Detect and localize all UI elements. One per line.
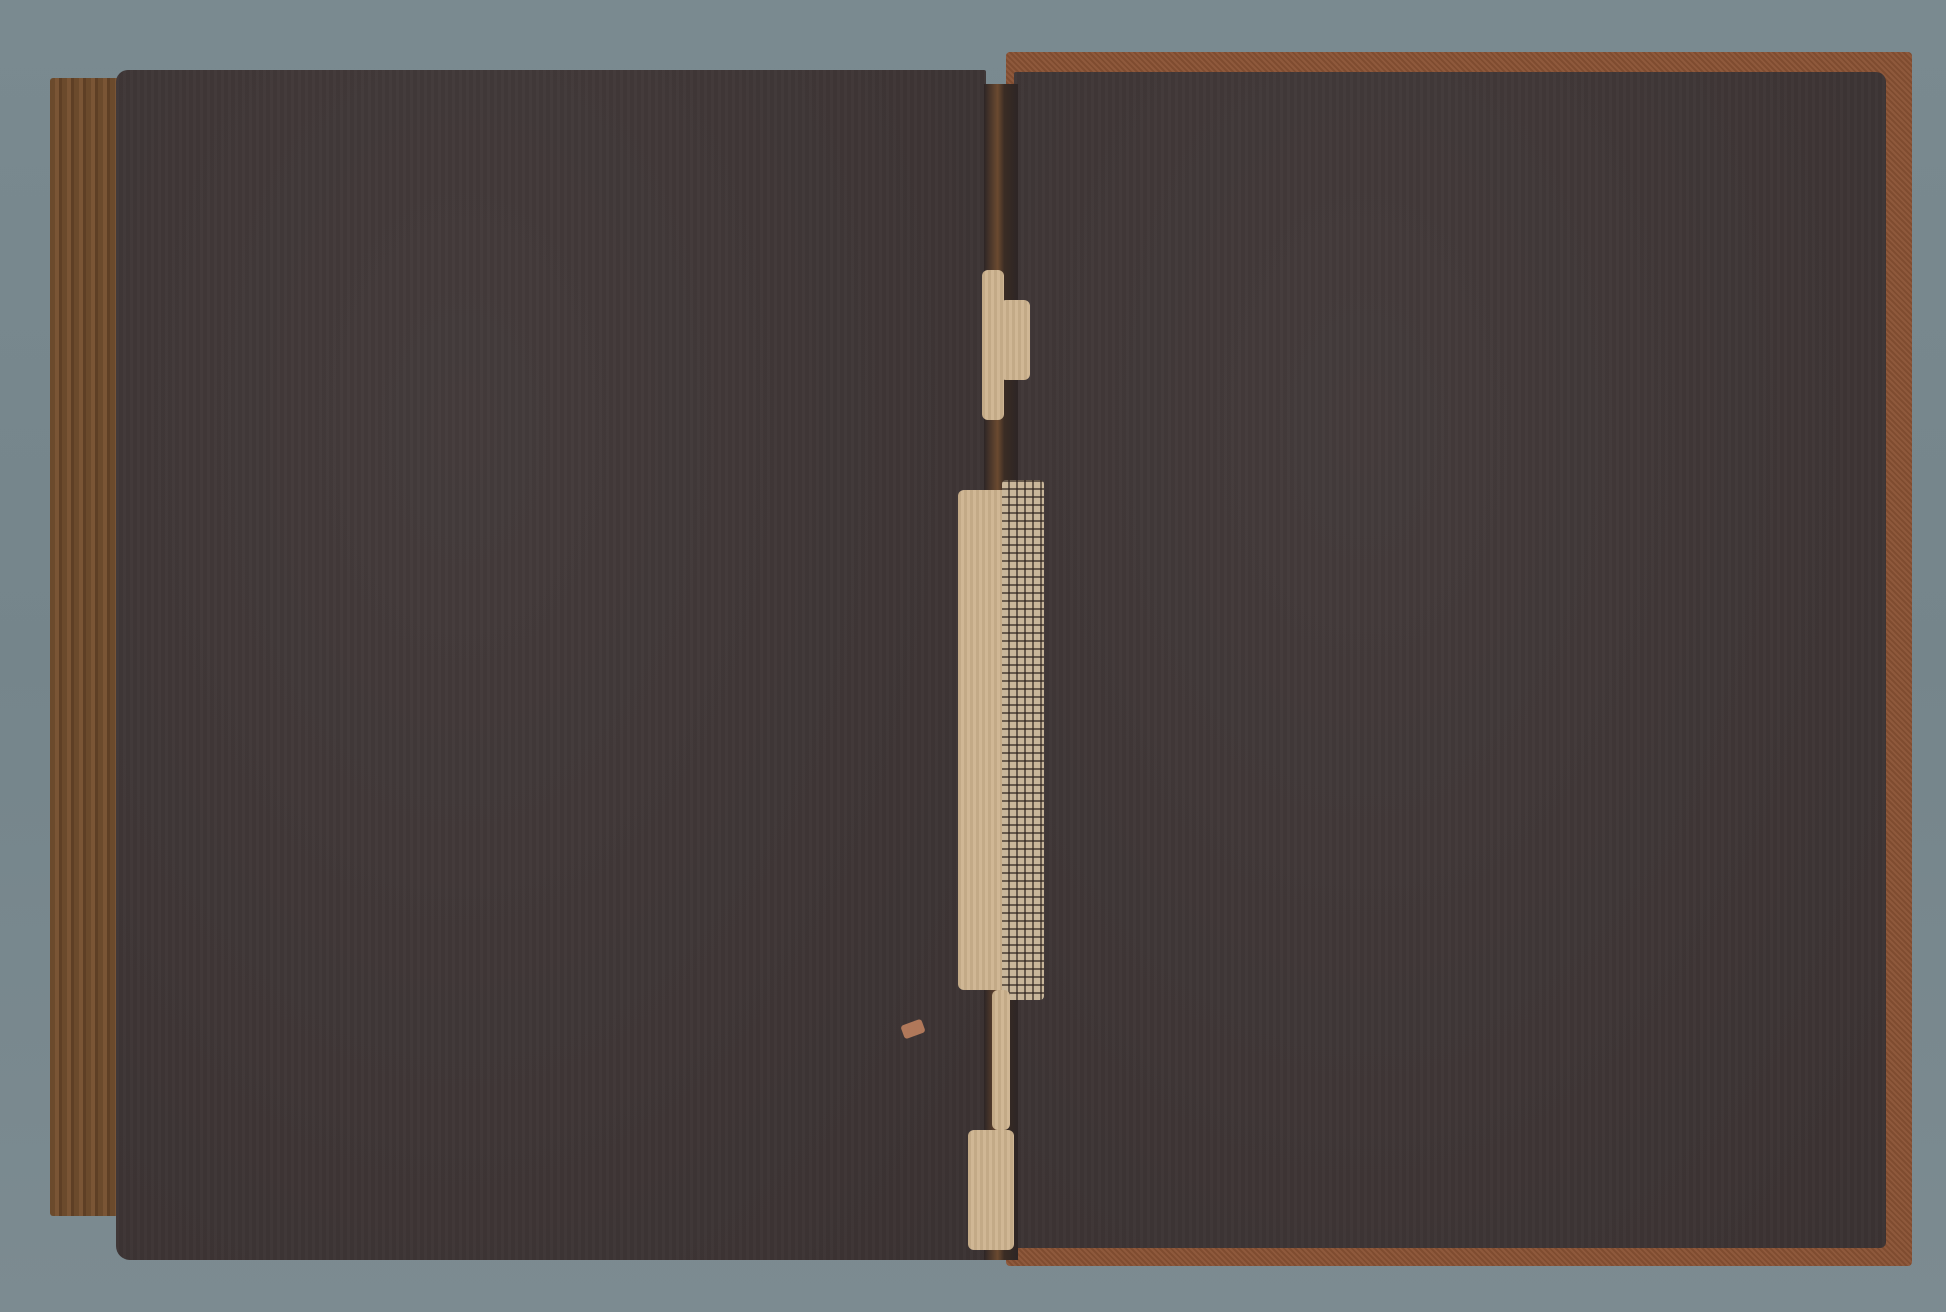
torn-hinge-main xyxy=(958,490,1008,990)
torn-hinge-bottom xyxy=(968,1130,1014,1250)
right-endpaper xyxy=(1014,72,1886,1248)
book-page-edges xyxy=(50,78,122,1216)
binding-mesh xyxy=(1002,480,1044,1000)
torn-hinge-upper-right xyxy=(1000,300,1030,380)
left-endpaper xyxy=(116,70,986,1260)
torn-hinge-lower xyxy=(992,990,1010,1130)
